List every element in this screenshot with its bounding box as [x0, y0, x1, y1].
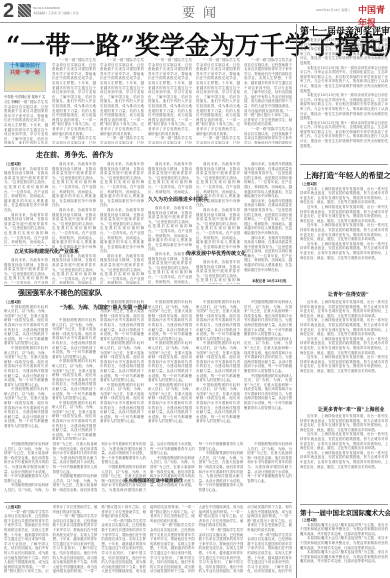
lead-col-2: “一带一路”国际学生奖学金项目自实施以来，已经资助数千名来自共建国家的青年学子来… — [52, 58, 96, 144]
right-mid-body-3: 近年来，上海持续优化青年发展环境，出台一系列支持青年就业创业、安居宜居的政策措施… — [300, 414, 388, 500]
article3-col-2: 中国船舶集团的年轻科研人员们，以“为船、为海、为国家”为己任，在重大装备研制一线… — [52, 318, 96, 440]
article3-col-1: （上接1版）中国船舶集团的年轻科研人员们，以“为船、为海、为国家”为己任，在重大… — [4, 300, 48, 440]
right-rule — [300, 164, 388, 165]
section-rule — [4, 146, 292, 147]
right-top-headline[interactable]: 第十一届母亲河奖评审会在京召开 — [300, 24, 390, 37]
lead-col-5: “一带一路”国际学生奖学金项目自实施以来，已经资助数千名来自共建国家的青年学子来… — [196, 58, 240, 144]
article3-col-5: 中国船舶集团的年轻科研人员们，以“为船、为海、为国家”为己任，在重大装备研制一线… — [196, 300, 240, 424]
section-rule — [4, 502, 292, 503]
banner-line2: 共建一带一路 — [5, 70, 45, 77]
contact-line: Tel:010-64098000 — [33, 6, 60, 10]
banner-line1: 十年凝扬前行 — [5, 63, 45, 70]
article2-col-1: （上接1版）面向未来，各地青年将继续发扬奋斗精神，在推动高质量发展中展现青春作为… — [4, 162, 48, 246]
article2-col-3: 面向未来，各地青年将继续发扬奋斗精神，在推动高质量发展中展现青春作为。“这里是我… — [100, 162, 144, 284]
article2-col-6: 面向未来，各地青年将继续发扬奋斗精神，在推动高质量发展中展现青春作为。“这里是我… — [244, 162, 292, 276]
right-mid-subhead: 让青年“住得安居” — [328, 291, 369, 298]
column-divider — [296, 24, 297, 578]
article3-col-6: 中国船舶集团的年轻科研人员们，以“为船、为海、为国家”为己任，在重大装备研制一线… — [244, 300, 292, 440]
section-rule — [4, 285, 292, 286]
right-bottom-headline[interactable]: 第十一届中国北京国际魔术大会开幕 — [300, 508, 390, 517]
editor-line: 本版编辑 / 王家训 见习编辑 / 彭冰 — [33, 11, 79, 15]
article2-headline[interactable]: 走在前、勇争先、善作为 — [36, 150, 113, 160]
article2-signoff: 本报记者 10月13日电 — [252, 278, 286, 283]
page-number: 2 — [3, 0, 14, 22]
lead-col-6: “一带一路”国际学生奖学金项目自实施以来，已经资助数千名来自共建国家的青年学子来… — [244, 58, 292, 144]
article3-col-4: 中国船舶集团的年轻科研人员们，以“为船、为海、为国家”为己任，在重大装备研制一线… — [148, 300, 192, 440]
article2-col-5: 面向未来，各地青年将继续发扬奋斗精神，在推动高质量发展中展现青春作为。“这里是我… — [196, 162, 240, 250]
article2-col-4a: 面向未来，各地青年将继续发扬奋斗精神，在推动高质量发展中展现青春作为。“这里是我… — [148, 162, 192, 194]
right-mid-headline[interactable]: 上海打造“年轻人的希望之城” — [304, 170, 390, 181]
lead-col-4: “一带一路”国际学生奖学金项目自实施以来，已经资助数千名来自共建国家的青年学子来… — [148, 58, 192, 144]
qr-code-icon — [18, 4, 31, 17]
article2-col-2: 面向未来，各地青年将继续发扬奋斗精神，在推动高质量发展中展现青春作为。“这里是我… — [52, 162, 96, 284]
article3-col-3: 中国船舶集团的年轻科研人员们，以“为船、为海、为国家”为己任，在重大装备研制一线… — [100, 300, 144, 440]
issue-date: 2023年10月14日 星期六 — [316, 8, 350, 12]
right-bottom-body: （上接1版）本届国际魔术大会以“魔术连接世界”为主题，来自多个国家和地区的魔术师… — [300, 518, 388, 578]
right-rule — [300, 504, 388, 505]
right-mid-body: （上接1版）近年来，上海持续优化青年发展环境，出台一系列支持青年就业创业、安居宜… — [300, 182, 388, 290]
right-top-body: 本报北京10月13日电 第十一届母亲河奖评审会日前在京召开。评审会由共青团中央、… — [300, 38, 388, 160]
campaign-banner: 十年凝扬前行 共建一带一路 — [4, 62, 46, 92]
right-mid-subhead2: 让更多青年“来”“留”上海创业 — [318, 406, 385, 413]
right-mid-body-2: 近年来，上海持续优化青年发展环境，出台一系列支持青年就业创业、安居宜居的政策措施… — [300, 300, 388, 404]
article2-col-5b: 面向未来，各地青年将继续发扬奋斗精神，在推动高质量发展中展现青春作为。“这里是我… — [196, 260, 240, 284]
section-title: 要闻 — [182, 2, 224, 21]
lead-col-3: “一带一路”国际学生奖学金项目自实施以来，已经资助数千名来自共建国家的青年学子来… — [100, 58, 144, 144]
article2-col-4b: 面向未来，各地青年将继续发扬奋斗精神，在推动高质量发展中展现青春作为。“这里是我… — [148, 206, 192, 284]
article2-col-1b: 面向未来，各地青年将继续发扬奋斗精神，在推动高质量发展中展现青春作为。“这里是我… — [4, 258, 48, 284]
article3-continued: 中国船舶集团的年轻科研人员们，以“为船、为海、为国家”为己任，在重大装备研制一线… — [4, 442, 292, 502]
lead-col-1: “一带一路”国际学生奖学金项目自实施以来，已经资助数千名来自共建国家的青年学子来… — [4, 100, 48, 144]
article2-subhead3: 传承发展中华优秀传统文化 — [186, 250, 246, 257]
article3-headline[interactable]: 强国强军永不褪色的国家队 — [18, 288, 102, 298]
article4-body: （上接1版）“一带一路”国际学生奖学金项目自实施以来，已经资助数千名来自共建国家… — [4, 505, 292, 578]
